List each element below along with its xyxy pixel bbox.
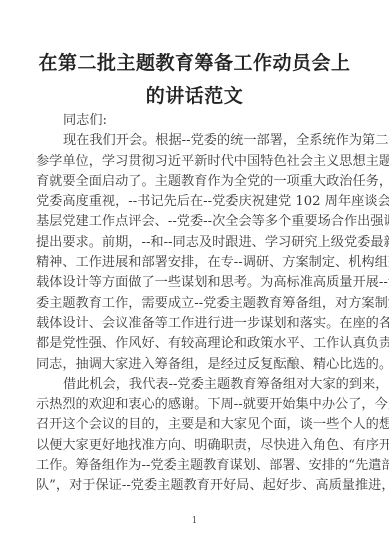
paragraph-1-line: 同志，抽调大家进入筹备组，是经过反复酝酿、精心比选的。 bbox=[36, 355, 352, 375]
paragraph-1-line: 参学单位，学习贯彻习近平新时代中国特色社会主义思想主题教 bbox=[36, 152, 352, 172]
salutation: 同志们: bbox=[36, 111, 352, 131]
paragraph-1-line: 载体设计、会议准备等工作进行进一步谋划和落实。在座的各位 bbox=[36, 314, 352, 334]
document-title-line-2: 的讲话范文 bbox=[0, 81, 389, 108]
paragraph-1-line: 提出要求。前期，--和--同志及时跟进、学习研究上级党委最新 bbox=[36, 233, 352, 253]
paragraph-1-line: 委主题教育工作，需要成立--党委主题教育筹备组，对方案制定、 bbox=[36, 294, 352, 314]
paragraph-2-line: 工作。筹备组作为--党委主题教育谋划、部署、安排的“先遣部 bbox=[36, 456, 352, 476]
document-title-line-1: 在第二批主题教育筹备工作动员会上 bbox=[0, 48, 389, 75]
paragraph-2-line: 以便大家更好地找准方向、明确职责，尽快进入角色、有序开展 bbox=[36, 436, 352, 456]
paragraph-1-line: 现在我们开会。根据--党委的统一部署，全系统作为第二批 bbox=[36, 131, 352, 151]
paragraph-1-line: 都是党性强、作风好、有较高理论和政策水平、工作认真负责的 bbox=[36, 334, 352, 354]
document-page: 在第二批主题教育筹备工作动员会上 的讲话范文 同志们: 现在我们开会。根据--党… bbox=[0, 0, 389, 550]
paragraph-2-line: 借此机会，我代表--党委主题教育筹备组对大家的到来，表 bbox=[36, 375, 352, 395]
paragraph-1-line: 载体设计等方面做了一些谋划和思考。为高标准高质量开展--党 bbox=[36, 273, 352, 293]
paragraph-2-line: 示热烈的欢迎和衷心的感谢。下周--就要开始集中办公了，今天， bbox=[36, 395, 352, 415]
paragraph-1-line: 精神、工作进展和部署安排，在专--调研、方案制定、机构组建、 bbox=[36, 253, 352, 273]
paragraph-1-line: 基层党建工作点评会、--党委--次全会等多个重要场合作出强调、 bbox=[36, 212, 352, 232]
paragraph-2-line: 队”，对于保证--党委主题教育开好局、起好步、高质量推进， bbox=[36, 476, 352, 496]
paragraph-1-line: 育就要全面启动了。主题教育作为全党的一项重大政治任务，-- bbox=[36, 172, 352, 192]
paragraph-2-line: 召开这个会议的目的，主要是和大家见个面，谈一些个人的想法， bbox=[36, 415, 352, 435]
document-body: 同志们: 现在我们开会。根据--党委的统一部署，全系统作为第二批 参学单位，学习… bbox=[36, 111, 352, 497]
paragraph-1-line: 党委高度重视，--书记先后在--党委庆祝建党 102 周年座谈会暨 bbox=[36, 192, 352, 212]
page-number: 1 bbox=[0, 516, 389, 526]
